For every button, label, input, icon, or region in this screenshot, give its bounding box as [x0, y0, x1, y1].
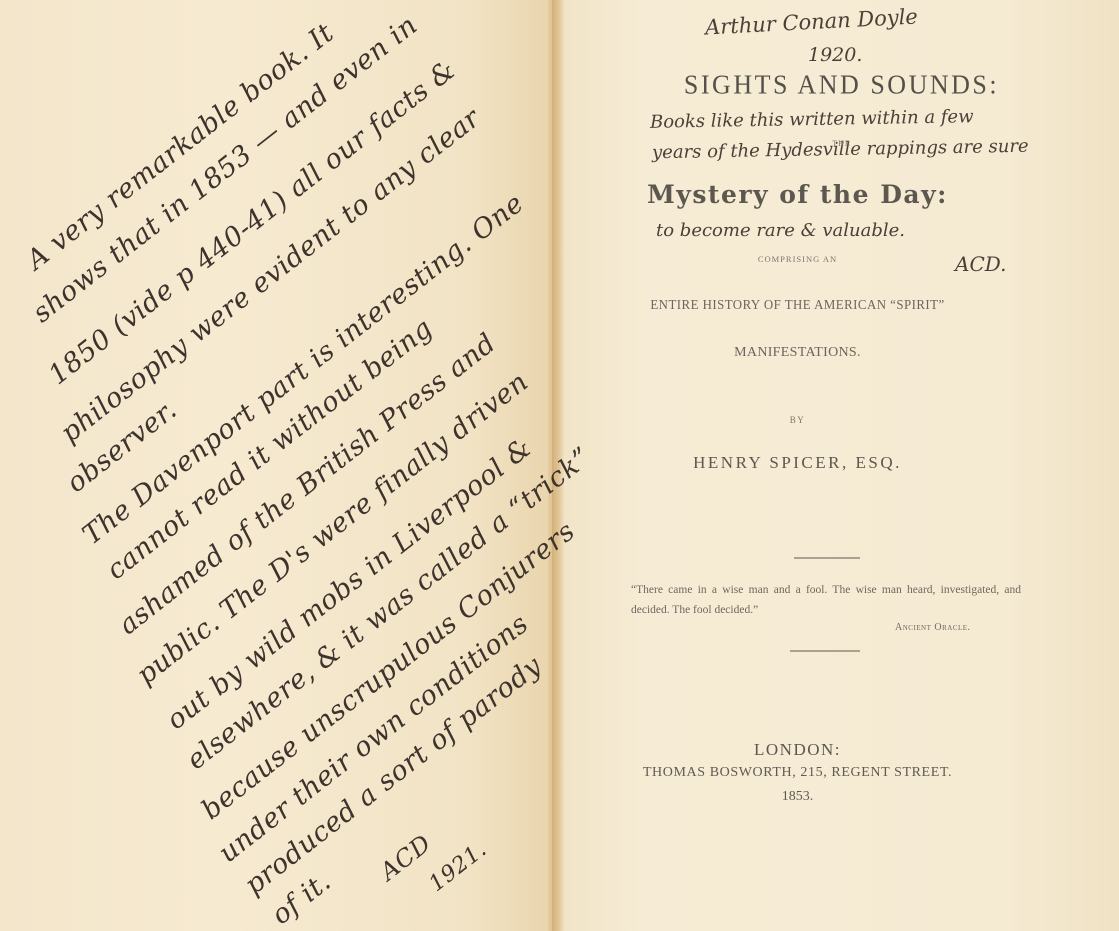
book-title: SIGHTS AND SOUNDS:	[564, 69, 1119, 101]
ornamental-rule-top	[794, 557, 860, 559]
imprint-year: 1853.	[520, 789, 1075, 805]
inscription-line: to become rare & valuable.	[656, 220, 905, 241]
epigraph-source: Ancient Oracle.	[895, 622, 971, 633]
author-name: HENRY SPICER, ESQ.	[520, 453, 1075, 473]
epigraph: “There came in a wise man and a fool. Th…	[631, 580, 1021, 620]
description-line: ENTIRE HISTORY OF THE AMERICAN “SPIRIT”	[542, 298, 1053, 314]
by-label: BY	[520, 415, 1075, 425]
imprint-city: LONDON:	[520, 740, 1075, 760]
open-book-spread: A very remarkable book. It shows that in…	[0, 0, 1119, 931]
title-article: THE	[564, 139, 1119, 148]
description-line: MANIFESTATIONS.	[520, 345, 1075, 361]
imprint-publisher: THOMAS BOSWORTH, 215, REGENT STREET.	[520, 765, 1075, 781]
book-subtitle: Mystery of the Day:	[520, 180, 1075, 209]
owner-signature-year: 1920.	[808, 44, 862, 66]
comprising-label: COMPRISING AN	[520, 254, 1075, 264]
ornamental-rule-bottom	[790, 650, 860, 652]
